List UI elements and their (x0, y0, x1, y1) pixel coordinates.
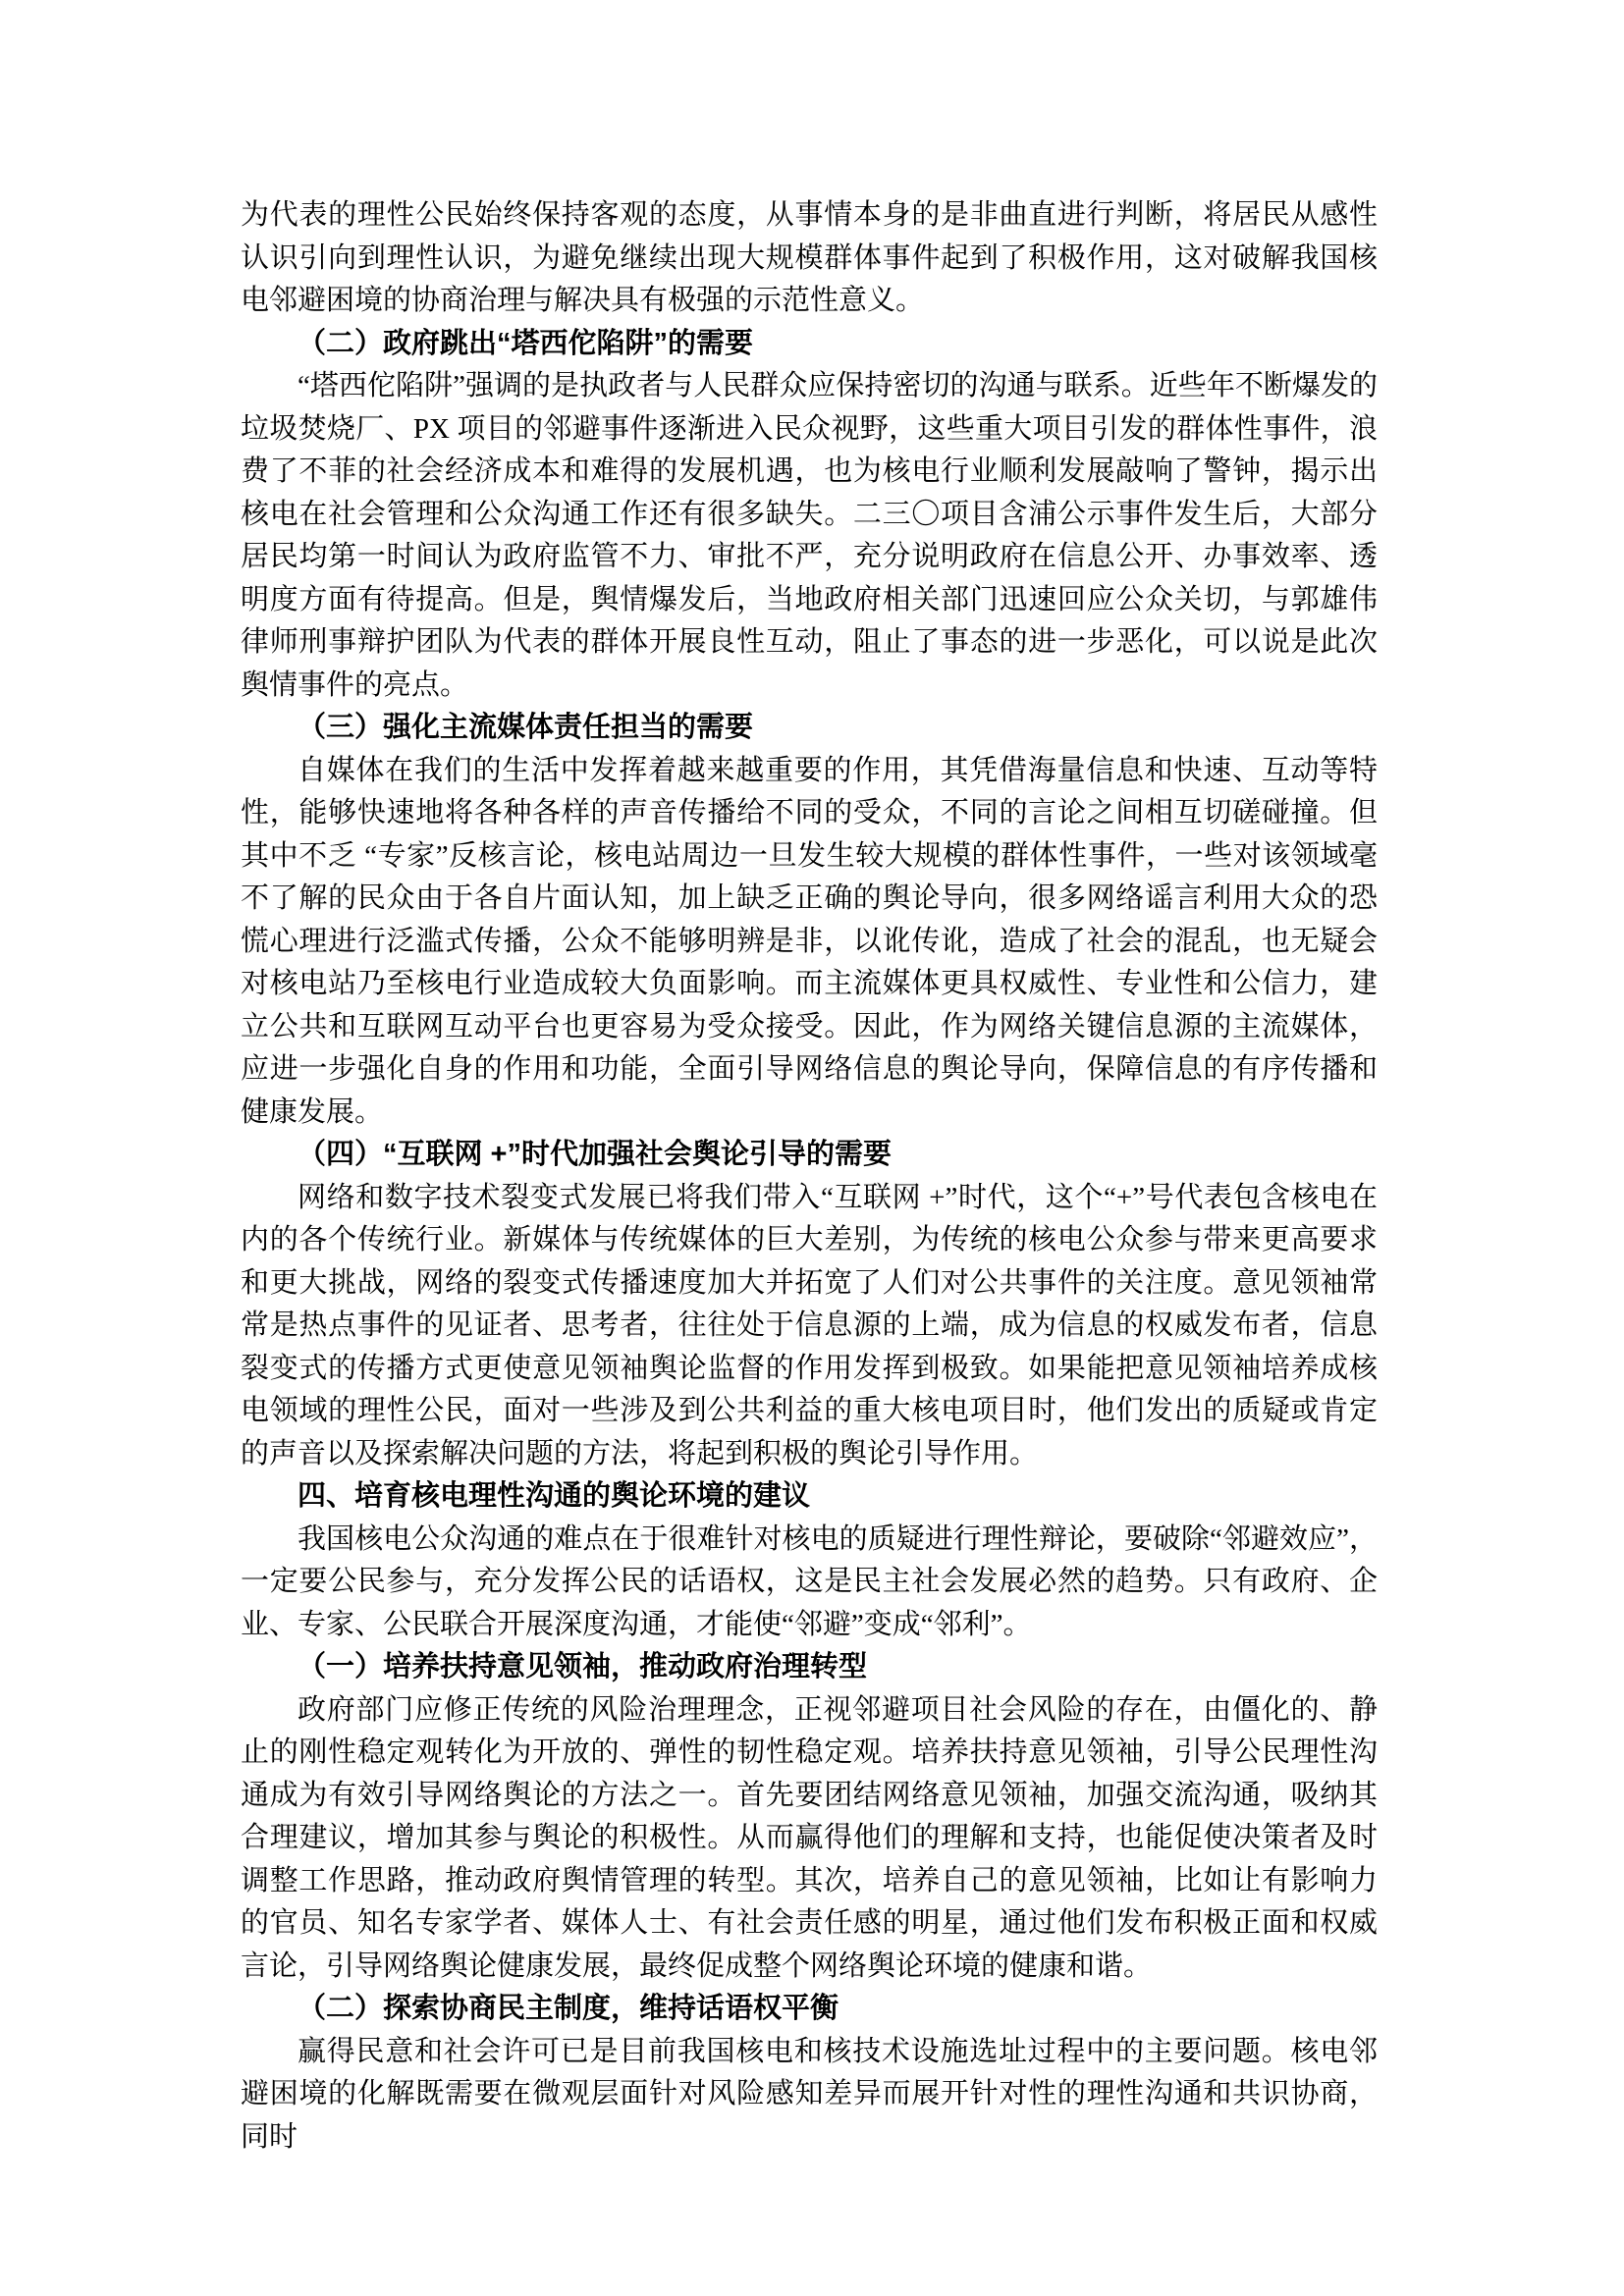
section-heading-1: （一）培养扶持意见领袖，推动政府治理转型 (241, 1646, 1378, 1689)
paragraph: 我国核电公众沟通的难点在于很难针对核电的质疑进行理性辩论，要破除“邻避效应”，一… (241, 1519, 1378, 1647)
document-page: 为代表的理性公民始终保持客观的态度，从事情本身的是非曲直进行判断，将居民从感性认… (0, 0, 1624, 2296)
chapter-heading-4: 四、培育核电理性沟通的舆论环境的建议 (241, 1475, 1378, 1519)
section-heading-4: （四）“互联网 +”时代加强社会舆论引导的需要 (241, 1134, 1378, 1177)
document-text-block: 为代表的理性公民始终保持客观的态度，从事情本身的是非曲直进行判断，将居民从感性认… (241, 194, 1378, 2159)
paragraph: 赢得民意和社会许可已是目前我国核电和核技术设施选址过程中的主要问题。核电邻避困境… (241, 2031, 1378, 2160)
section-heading-2: （二）政府跳出“塔西佗陷阱”的需要 (241, 323, 1378, 366)
paragraph: 自媒体在我们的生活中发挥着越来越重要的作用，其凭借海量信息和快速、互动等特性，能… (241, 750, 1378, 1135)
section-heading-2b: （二）探索协商民主制度，维持话语权平衡 (241, 1988, 1378, 2031)
paragraph: 政府部门应修正传统的风险治理理念，正视邻避项目社会风险的存在，由僵化的、静止的刚… (241, 1689, 1378, 1989)
paragraph-continuation: 为代表的理性公民始终保持客观的态度，从事情本身的是非曲直进行判断，将居民从感性认… (241, 194, 1378, 323)
paragraph: 网络和数字技术裂变式发展已将我们带入“互联网 +”时代，这个“+”号代表包含核电… (241, 1177, 1378, 1476)
paragraph: “塔西佗陷阱”强调的是执政者与人民群众应保持密切的沟通与联系。近些年不断爆发的垃… (241, 365, 1378, 707)
section-heading-3: （三）强化主流媒体责任担当的需要 (241, 707, 1378, 750)
